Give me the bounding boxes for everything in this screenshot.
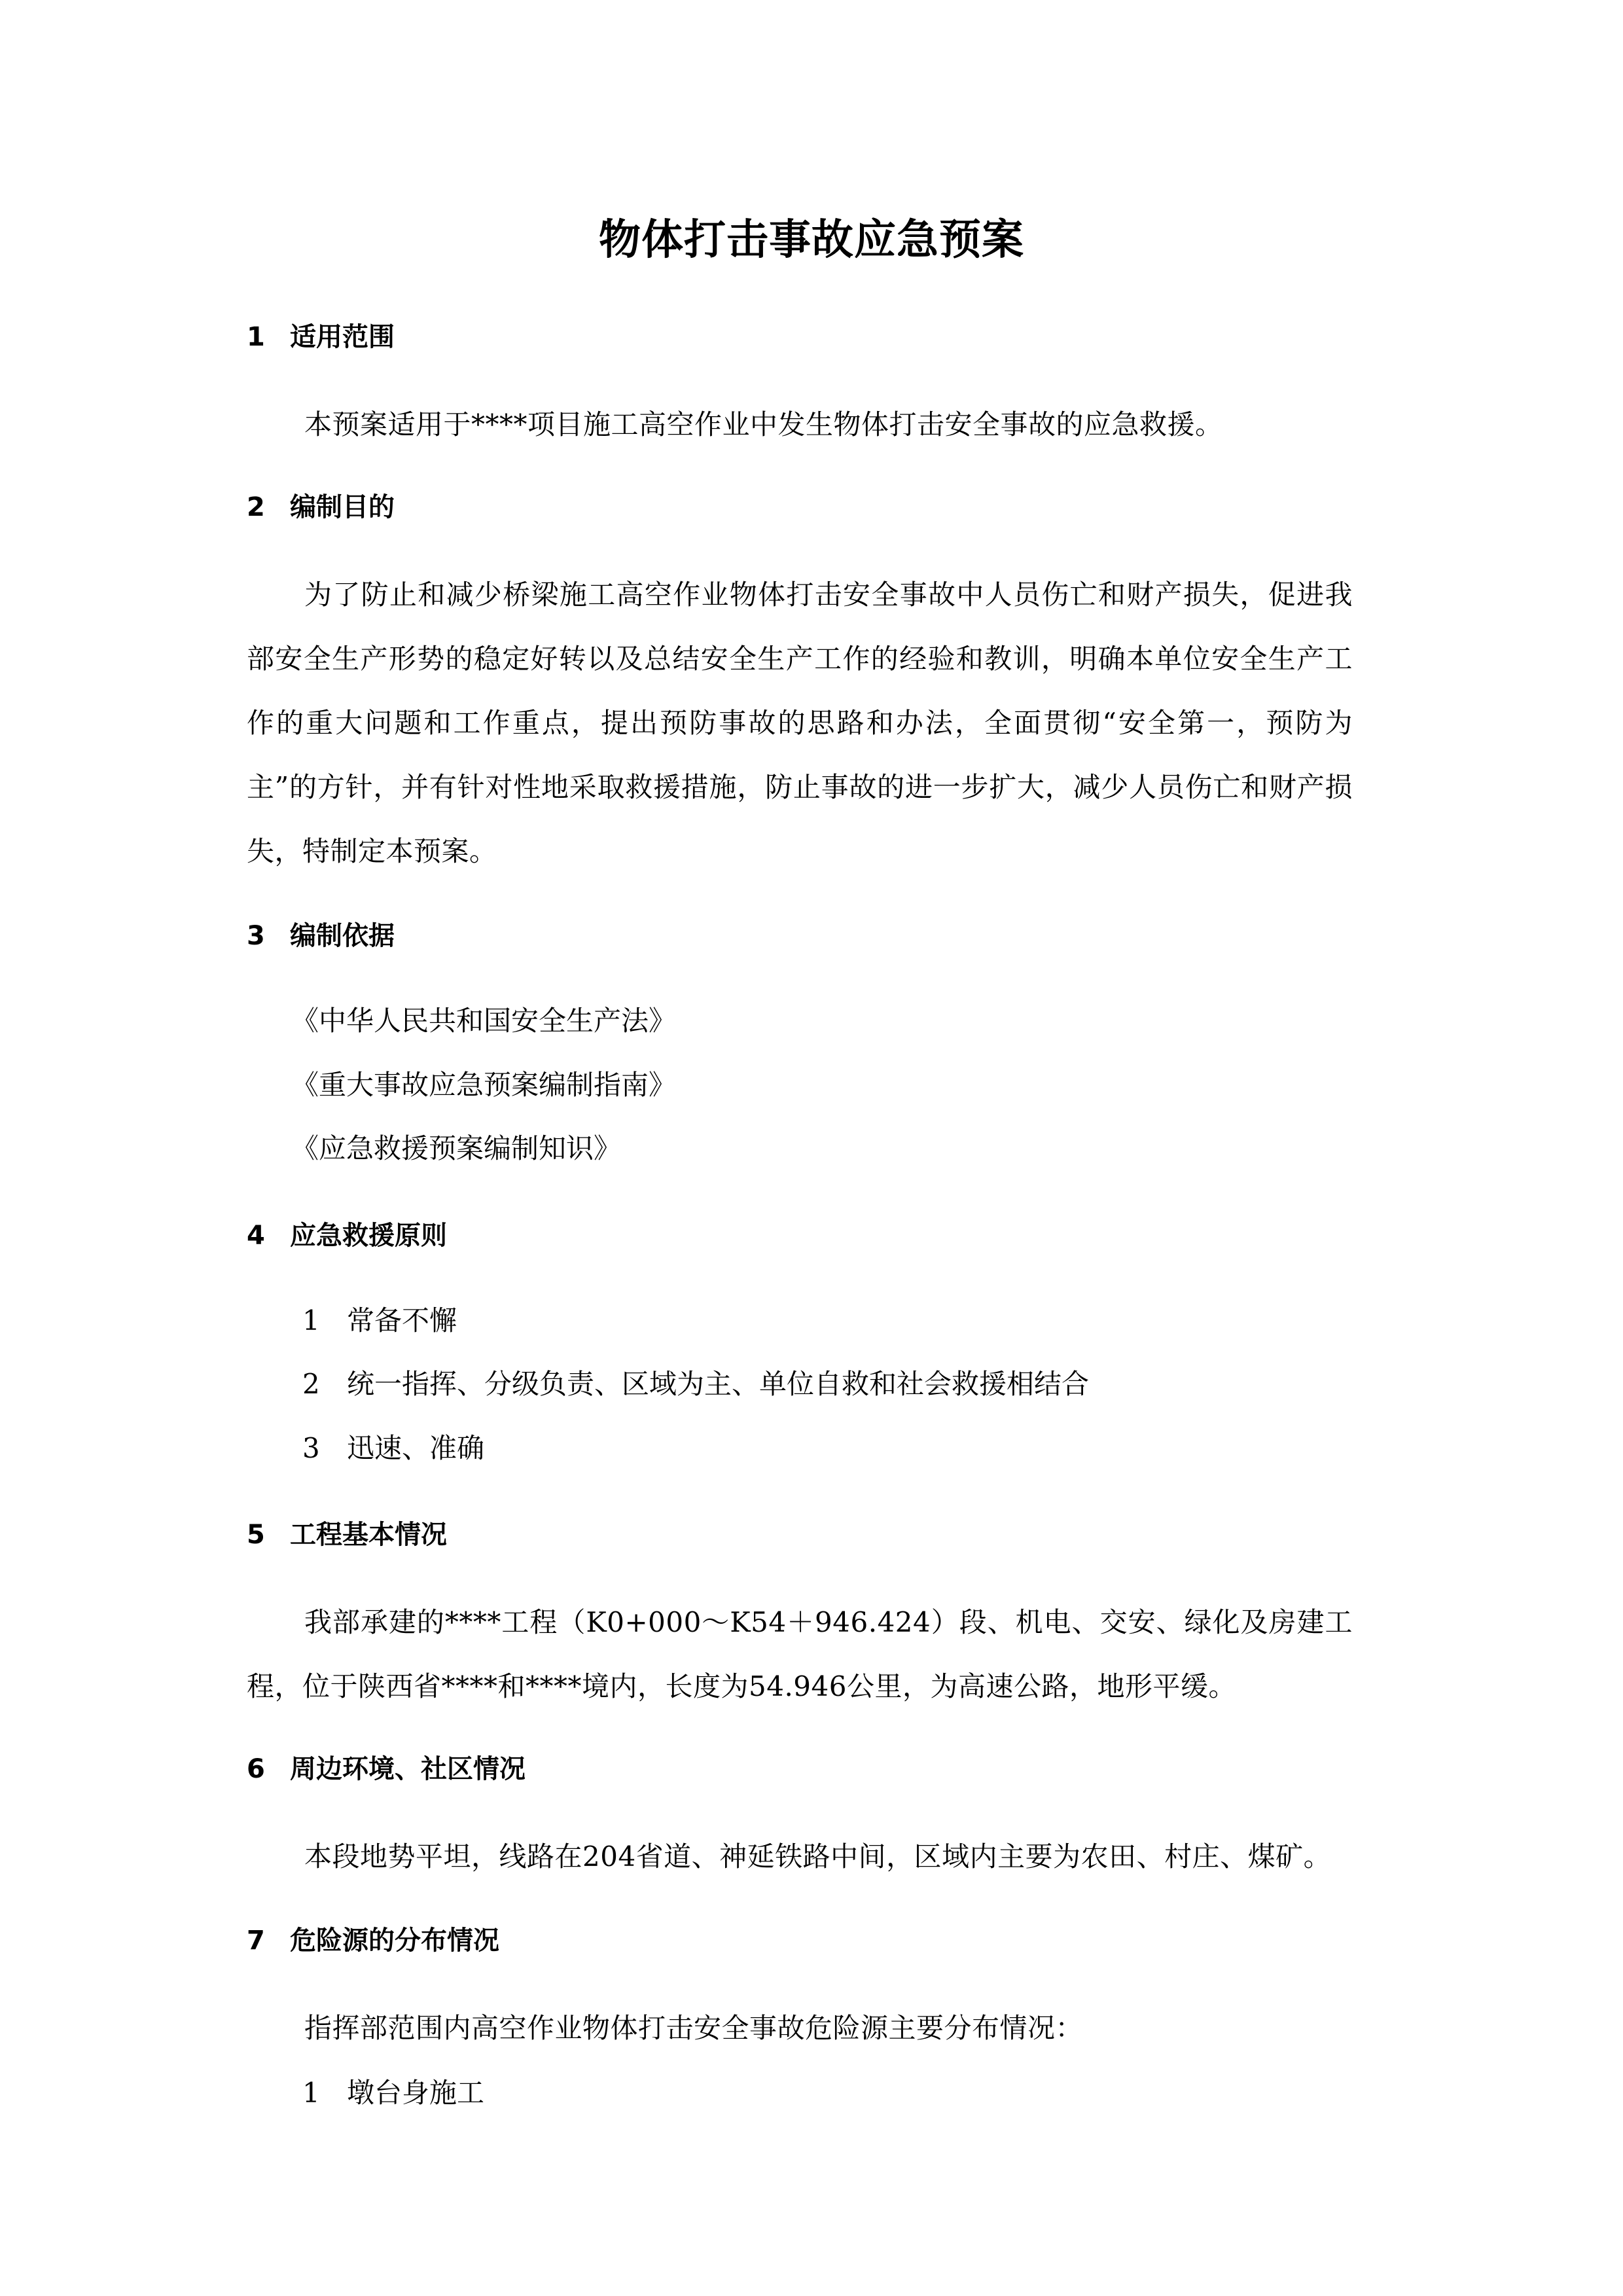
item-text: 统一指挥、分级负责、区域为主、单位自救和社会救援相结合 xyxy=(347,1368,1089,1400)
section-7-paragraph: 指挥部范围内高空作业物体打击安全事故危险源主要分布情况： xyxy=(247,1996,1353,2060)
section-title: 工程基本情况 xyxy=(290,1520,447,1550)
section-title: 周边环境、社区情况 xyxy=(290,1754,526,1784)
section-6-paragraph: 本段地势平坦，线路在204省道、神延铁路中间，区域内主要为农田、村庄、煤矿。 xyxy=(247,1825,1353,1889)
section-number: 6 xyxy=(247,1749,290,1789)
reference-item: 《重大事故应急预案编制指南》 xyxy=(291,1066,676,1105)
section-title: 危险源的分布情况 xyxy=(290,1926,499,1956)
section-number: 7 xyxy=(247,1921,290,1960)
item-text: 迅速、准确 xyxy=(347,1432,484,1464)
section-title: 适用范围 xyxy=(290,322,395,352)
section-heading-6: 6周边环境、社区情况 xyxy=(247,1749,526,1789)
item-number: 3 xyxy=(302,1429,347,1468)
section-heading-1: 1适用范围 xyxy=(247,317,395,357)
principle-item: 1常备不懈 xyxy=(302,1301,457,1340)
section-2-paragraph: 为了防止和减少桥梁施工高空作业物体打击安全事故中人员伤亡和财产损失，促进我部安全… xyxy=(247,563,1353,884)
document-title: 物体打击事故应急预案 xyxy=(0,211,1623,270)
section-5-paragraph: 我部承建的****工程（K0+000～K54＋946.424）段、机电、交安、绿… xyxy=(247,1590,1353,1719)
section-heading-5: 5工程基本情况 xyxy=(247,1515,447,1554)
item-number: 2 xyxy=(302,1365,347,1404)
reference-item: 《应急救援预案编制知识》 xyxy=(291,1129,621,1168)
item-text: 常备不懈 xyxy=(347,1304,457,1336)
section-number: 2 xyxy=(247,488,290,527)
section-title: 编制依据 xyxy=(290,921,395,951)
section-heading-4: 4应急救援原则 xyxy=(247,1216,447,1255)
section-heading-3: 3编制依据 xyxy=(247,916,395,956)
principle-item: 2统一指挥、分级负责、区域为主、单位自救和社会救援相结合 xyxy=(302,1365,1089,1404)
reference-item: 《中华人民共和国安全生产法》 xyxy=(291,1001,676,1041)
section-number: 4 xyxy=(247,1216,290,1255)
item-number: 1 xyxy=(302,1301,347,1340)
section-title: 应急救援原则 xyxy=(290,1221,447,1251)
section-title: 编制目的 xyxy=(290,492,395,522)
item-number: 1 xyxy=(302,2073,347,2113)
section-number: 3 xyxy=(247,916,290,956)
principle-item: 3迅速、准确 xyxy=(302,1429,484,1468)
section-number: 1 xyxy=(247,317,290,357)
section-heading-7: 7危险源的分布情况 xyxy=(247,1921,499,1960)
section-heading-2: 2编制目的 xyxy=(247,488,395,527)
section-1-paragraph: 本预案适用于****项目施工高空作业中发生物体打击安全事故的应急救援。 xyxy=(247,393,1353,457)
hazard-item: 1墩台身施工 xyxy=(302,2073,484,2113)
section-number: 5 xyxy=(247,1515,290,1554)
item-text: 墩台身施工 xyxy=(347,2077,484,2109)
document-page: 物体打击事故应急预案 1适用范围 本预案适用于****项目施工高空作业中发生物体… xyxy=(0,0,1623,2296)
